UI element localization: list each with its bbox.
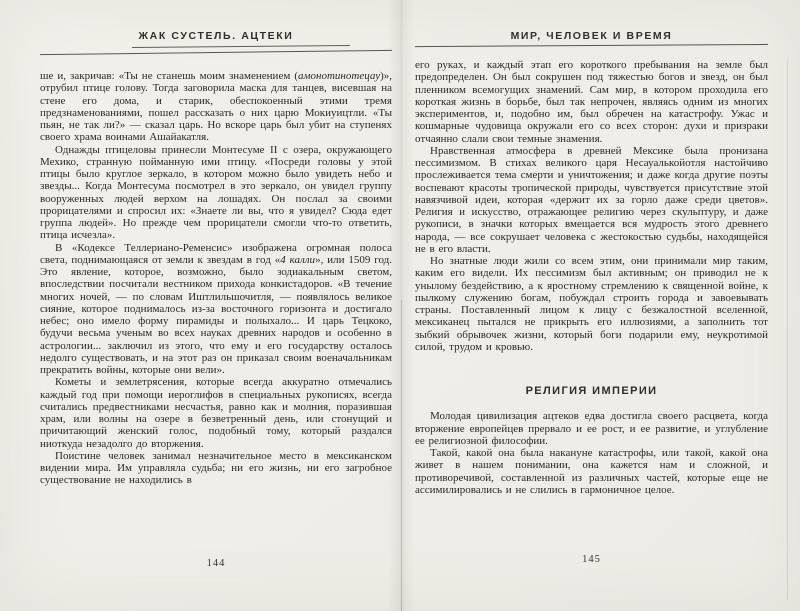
right-header-rule <box>415 44 768 47</box>
paragraph: Однажды птицеловы принесли Монтесуме II … <box>40 144 392 242</box>
left-page-body: ше и, закричав: «Ты не станешь моим знам… <box>40 70 392 487</box>
paragraph: Нравственная атмосфера в древней Мексике… <box>415 145 768 255</box>
section-heading: РЕЛИГИЯ ИМПЕРИИ <box>415 385 768 397</box>
left-page-number: 144 <box>40 558 392 569</box>
paragraph: его руках, и каждый этап его короткого п… <box>415 59 768 145</box>
paragraph: Кометы и землетрясения, которые всегда а… <box>40 376 392 450</box>
page-edge-line <box>787 60 788 600</box>
book-spread-photo: ЖАК СУСТЕЛЬ. АЦТЕКИ ше и, закричав: «Ты … <box>0 0 800 611</box>
book-gutter-seam <box>401 300 402 611</box>
paragraph: Но знатные люди жили со всем этим, они п… <box>415 255 768 353</box>
paragraph: Поистине человек занимал незначительное … <box>40 450 392 487</box>
left-header-rule-short <box>132 45 350 48</box>
paragraph: Молодая цивилизация ацтеков едва достигл… <box>415 410 768 447</box>
right-page: МИР, ЧЕЛОВЕК И ВРЕМЯ его руках, и каждый… <box>400 0 800 611</box>
left-page: ЖАК СУСТЕЛЬ. АЦТЕКИ ше и, закричав: «Ты … <box>0 0 400 611</box>
right-running-head: МИР, ЧЕЛОВЕК И ВРЕМЯ <box>415 30 768 43</box>
paragraph: ше и, закричав: «Ты не станешь моим знам… <box>40 70 392 144</box>
right-page-body: его руках, и каждый этап его короткого п… <box>415 59 768 496</box>
left-running-head: ЖАК СУСТЕЛЬ. АЦТЕКИ <box>40 30 392 43</box>
paragraph: Такой, какой она была накануне катастроф… <box>415 447 768 496</box>
right-page-number: 145 <box>415 554 768 565</box>
paragraph: В «Кодексе Теллериано-Ременсис» изображе… <box>40 242 392 377</box>
left-header-rule <box>40 50 392 55</box>
